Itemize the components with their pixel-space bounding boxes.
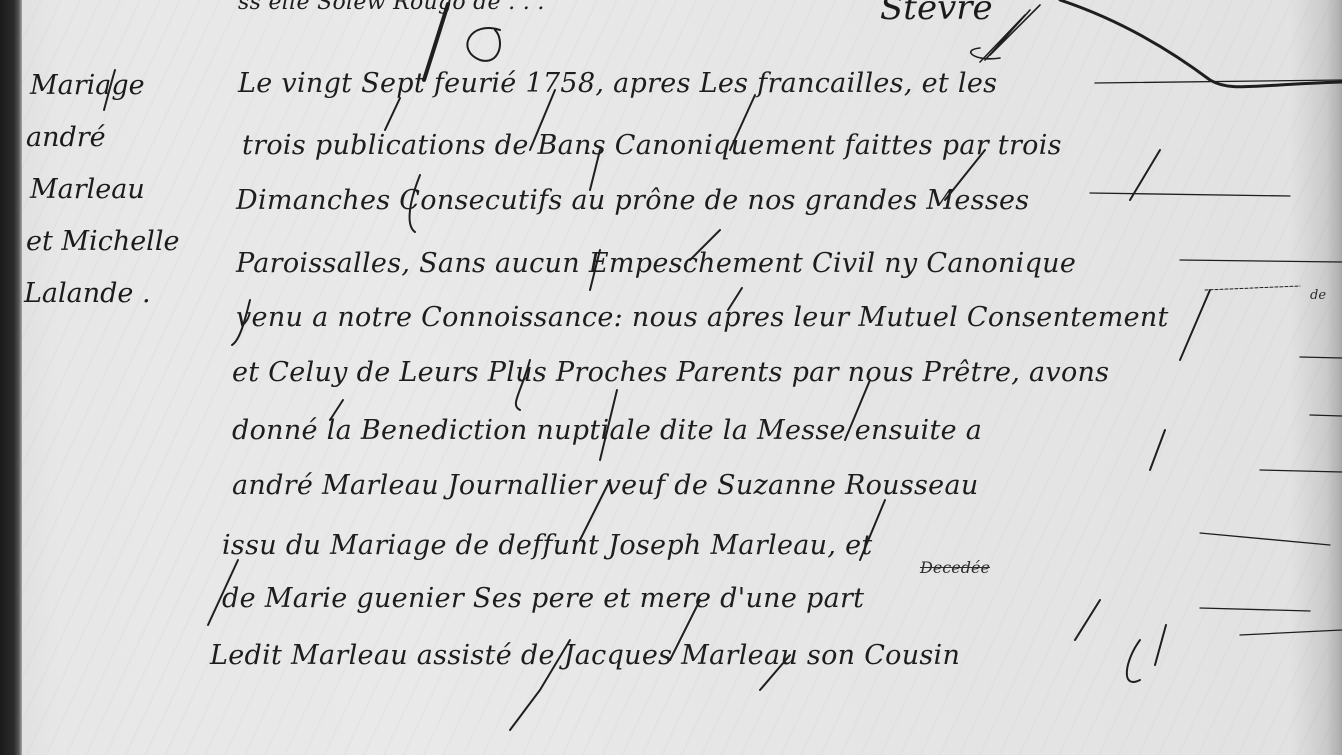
entry-line-8: andré Marleau Journallier veuf de Suzann…: [232, 470, 979, 501]
superscript-note: de: [1310, 288, 1326, 303]
page-edge-shadow: [1328, 0, 1342, 755]
interlinear-insertion: Decedée: [920, 558, 990, 577]
entry-line-4: Paroissalles, Sans aucun Empeschement Ci…: [236, 248, 1076, 279]
margin-note: Mariage andré Marleau et Michelle Laland…: [30, 60, 210, 320]
entry-line-1: Le vingt Sept feurié 1758, apres Les fra…: [238, 68, 997, 99]
entry-line-10: de Marie guenier Ses pere et mere d'une …: [222, 583, 864, 614]
entry-line-2: trois publications de Bans Canoniquement…: [242, 130, 1062, 161]
entry-line-3: Dimanches Consecutifs au prône de nos gr…: [236, 185, 1029, 216]
margin-note-line: Mariage: [30, 60, 210, 112]
previous-entry-fragment: ss elle Solew Rougo de . . .: [238, 0, 545, 15]
margin-note-line: Lalande .: [24, 268, 210, 320]
priest-signature: Stevre: [880, 0, 993, 28]
register-page: ss elle Solew Rougo de . . . Stevre Mari…: [0, 0, 1342, 755]
entry-line-6: et Celuy de Leurs Plus Proches Parents p…: [232, 357, 1109, 388]
margin-note-line: Marleau: [30, 164, 210, 216]
entry-line-9: issu du Mariage de deffunt Joseph Marlea…: [222, 530, 873, 561]
binding-gutter: [0, 0, 22, 755]
margin-note-line: et Michelle: [26, 216, 210, 268]
entry-line-11: Ledit Marleau assisté de Jacques Marleau…: [210, 640, 960, 671]
entry-line-5: venu a notre Connoissance: nous apres le…: [236, 302, 1169, 333]
margin-note-line: andré: [26, 112, 210, 164]
entry-line-7: donné la Benediction nuptiale dite la Me…: [232, 415, 982, 446]
